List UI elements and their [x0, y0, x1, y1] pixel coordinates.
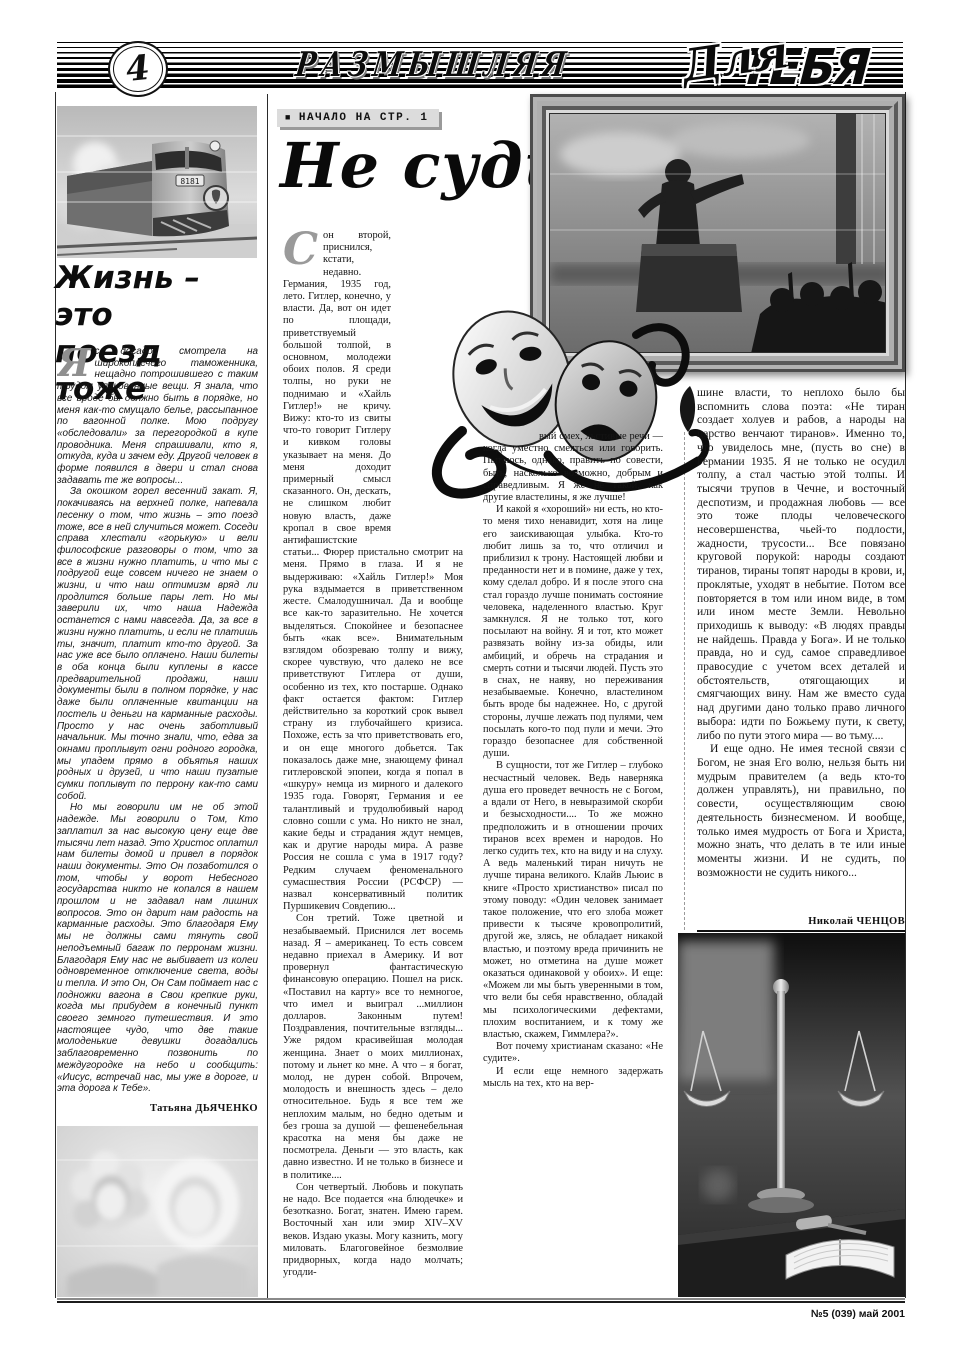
- rally-photo: [550, 114, 886, 353]
- newspaper-page: 4 РАЗМЫШЛЯЯ ТЕБЯ Для: [0, 0, 960, 1358]
- masks-wrap-spacer: [483, 431, 535, 443]
- photo-frame-mat: [549, 113, 886, 353]
- article-column-2: вый смех, льстивые речи — когда уместно …: [483, 431, 663, 1243]
- paragraph: Яс досадой смотрела на широкоплечего там…: [57, 346, 258, 486]
- paragraph: Вот почему христианам сказано: «Не судит…: [483, 1041, 663, 1065]
- author-signature: Николай ЧЕНЦОВ: [697, 916, 905, 932]
- paragraph: В сущности, тот же Гитлер – глубоко несч…: [483, 760, 663, 1041]
- left-article-body: Яс досадой смотрела на широкоплечего там…: [57, 346, 258, 1102]
- kicker-label: НАЧАЛО НА СТР. 1: [299, 112, 429, 124]
- left-article-title-line1: Жизнь – это: [55, 260, 260, 334]
- masthead-logo: ТЕБЯ Для: [688, 36, 904, 92]
- section-title: РАЗМЫШЛЯЯ: [293, 45, 573, 85]
- left-column-divider: [267, 94, 268, 1298]
- article-title: Не суди: [280, 126, 570, 206]
- paragraph: И еще одно. Не имея тесной связи с Богом…: [697, 742, 905, 879]
- square-bullet-icon: ■: [285, 114, 292, 123]
- kicker-box: ■ НАЧАЛО НА СТР. 1: [277, 109, 439, 127]
- right-edge-rule: [905, 92, 906, 1298]
- paragraph: И какой я «хороший» ни есть, но кто-то м…: [483, 504, 663, 760]
- paragraph: И если еще немного задержать мысль на те…: [483, 1066, 663, 1090]
- ribbon-tip: [676, 386, 698, 439]
- drop-cap: С: [283, 230, 323, 268]
- page-number-badge: 4: [108, 41, 168, 97]
- author-signature: Татьяна ДЬЯЧЕНКО: [57, 1103, 258, 1114]
- column-gutter-rule: [684, 432, 685, 930]
- article-column-1: Сон второй, приснился, кстати, недавно. …: [283, 230, 463, 1293]
- photo-frame-border: [537, 101, 898, 365]
- paragraph: За окошком горел весенний закат. Я, пока…: [57, 486, 258, 802]
- scales-photo: [678, 933, 905, 1302]
- article-column-3: шине власти, то неплохо было бы вспомнит…: [697, 386, 905, 914]
- framed-photo: [530, 94, 905, 372]
- footer-rule: [57, 1298, 905, 1303]
- girls-photo: [57, 1126, 258, 1302]
- loco-number-plate: 8181: [180, 177, 199, 186]
- train-photo: 8181: [57, 106, 257, 263]
- paragraph: шине власти, то неплохо было бы вспомнит…: [697, 386, 905, 742]
- paragraph: Сон третий. Тоже цветной и незабываемый.…: [283, 913, 463, 1181]
- masks-wrap-spacer: [397, 332, 463, 537]
- paragraph: Но мы говорили им не об этой надежде. Мы…: [57, 802, 258, 1095]
- issue-number: №5 (039) май 2001: [600, 1308, 905, 1320]
- paragraph: Сон четвертый. Любовь и покупать не надо…: [283, 1182, 463, 1280]
- drop-cap: Я: [57, 346, 95, 378]
- page-number: 4: [124, 48, 152, 90]
